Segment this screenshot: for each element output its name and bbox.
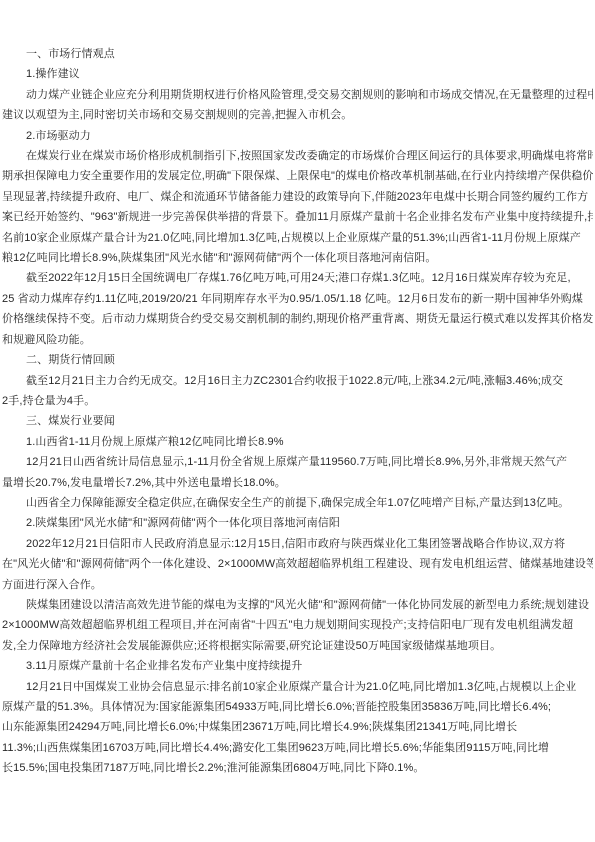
text-line: 25 省动力煤库存约1.11亿吨,2019/20/21 年同期库存水平为0.95… xyxy=(2,289,593,309)
text-line: 在"风光火储"和"源网荷储"两个一体化建设、2×1000MW高效超超临界机组工程… xyxy=(2,554,593,574)
text-line: 3.11月原煤产量前十名企业排名发布产业集中度持续提升 xyxy=(2,656,593,676)
text-line: 截至12月21日主力合约无成交。12月16日主力ZC2301合约收报于1022.… xyxy=(2,371,593,391)
text-line: 建议以观望为主,同时密切关市场和交易交割规则的完善,把握入市机会。 xyxy=(2,105,593,125)
text-line: 截至2022年12月15日全国统调电厂存煤1.76亿吨万吨,可用24天;港口存煤… xyxy=(2,268,593,288)
document-page: 一、市场行情观点1.操作建议动力煤产业链企业应充分利用期货期权进行价格风险管理,… xyxy=(0,0,595,842)
text-line: 山西省全力保障能源安全稳定供应,在确保安全生产的前提下,确保完成全年1.07亿吨… xyxy=(2,493,593,513)
text-line: 2手,持仓量为4手。 xyxy=(2,391,593,411)
text-line: 动力煤产业链企业应充分利用期货期权进行价格风险管理,受交易交割规则的影响和市场成… xyxy=(2,85,593,105)
text-line: 12月21日山西省统计局信息显示,1-11月份全省规上原煤产量119560.7万… xyxy=(2,452,593,472)
text-line: 价格继续保持不变。后市动力煤期货合约受交易交割机制的制约,期现价格严重背离、期货… xyxy=(2,309,593,329)
text-line: 2.陕煤集团"风光水储"和"源网荷储"两个一体化项目落地河南信阳 xyxy=(2,513,593,533)
text-line: 2022年12月21日信阳市人民政府消息显示:12月15日,信阳市政府与陕西煤业… xyxy=(2,534,593,554)
text-line: 期承担保障电力安全重要作用的发展定位,明确"下限保煤、上限保电"的煤电价格改革机… xyxy=(2,166,593,186)
text-line: 粮12亿吨同比增长8.9%,陕煤集团"风光水储"和"源网荷储"两个一体化项目落地… xyxy=(2,248,593,268)
document-body: 一、市场行情观点1.操作建议动力煤产业链企业应充分利用期货期权进行价格风险管理,… xyxy=(2,44,593,779)
text-line: 名前10家企业原煤产量合计为21.0亿吨,同比增加1.3亿吨,占规模以上企业原煤… xyxy=(2,228,593,248)
text-line: 陕煤集团建设以清洁高效先进节能的煤电为支撑的"风光火储"和"源网荷储"一体化协同… xyxy=(2,595,593,615)
text-line: 山东能源集团24294万吨,同比增长6.0%;中煤集团23671万吨,同比增长4… xyxy=(2,717,593,737)
text-line: 长15.5%;国电投集团7187万吨,同比增长2.2%;淮河能源集团6804万吨… xyxy=(2,758,593,778)
text-line: 发,全力保障地方经济社会发展能源供应;还将根据实际需要,研究论证建设50万吨国家… xyxy=(2,636,593,656)
text-line: 方面进行深入合作。 xyxy=(2,575,593,595)
text-line: 呈现显著,持续提升政府、电厂、煤企和流通环节储备能力建设的政策导向下,伴随202… xyxy=(2,187,593,207)
text-line: 1.操作建议 xyxy=(2,64,593,84)
text-line: 三、煤炭行业要闻 xyxy=(2,411,593,431)
text-line: 1.山西省1-11月份规上原煤产粮12亿吨同比增长8.9% xyxy=(2,432,593,452)
text-line: 和规避风险功能。 xyxy=(2,330,593,350)
text-line: 案已经开始签约、"963"新规进一步完善保供举措的背景下。叠加11月原煤产量前十… xyxy=(2,207,593,227)
text-line: 2.市场驱动力 xyxy=(2,126,593,146)
text-line: 2×1000MW高效超超临界机组工程项目,并在河南省"十四五"电力规划期间实现投… xyxy=(2,615,593,635)
text-line: 一、市场行情观点 xyxy=(2,44,593,64)
text-line: 量增长20.7%,发电量增长7.2%,其中外送电量增长18.0%。 xyxy=(2,473,593,493)
text-line: 11.3%;山西焦煤集团16703万吨,同比增长4.4%;潞安化工集团9623万… xyxy=(2,738,593,758)
text-line: 原煤产量的51.3%。具体情况为:国家能源集团54933万吨,同比增长6.0%;… xyxy=(2,697,593,717)
text-line: 二、期货行情回顾 xyxy=(2,350,593,370)
text-line: 12月21日中国煤炭工业协会信息显示:排名前10家企业原煤产量合计为21.0亿吨… xyxy=(2,677,593,697)
text-line: 在煤炭行业在煤炭市场价格形成机制指引下,按照国家发改委确定的市场煤价合理区间运行… xyxy=(2,146,593,166)
